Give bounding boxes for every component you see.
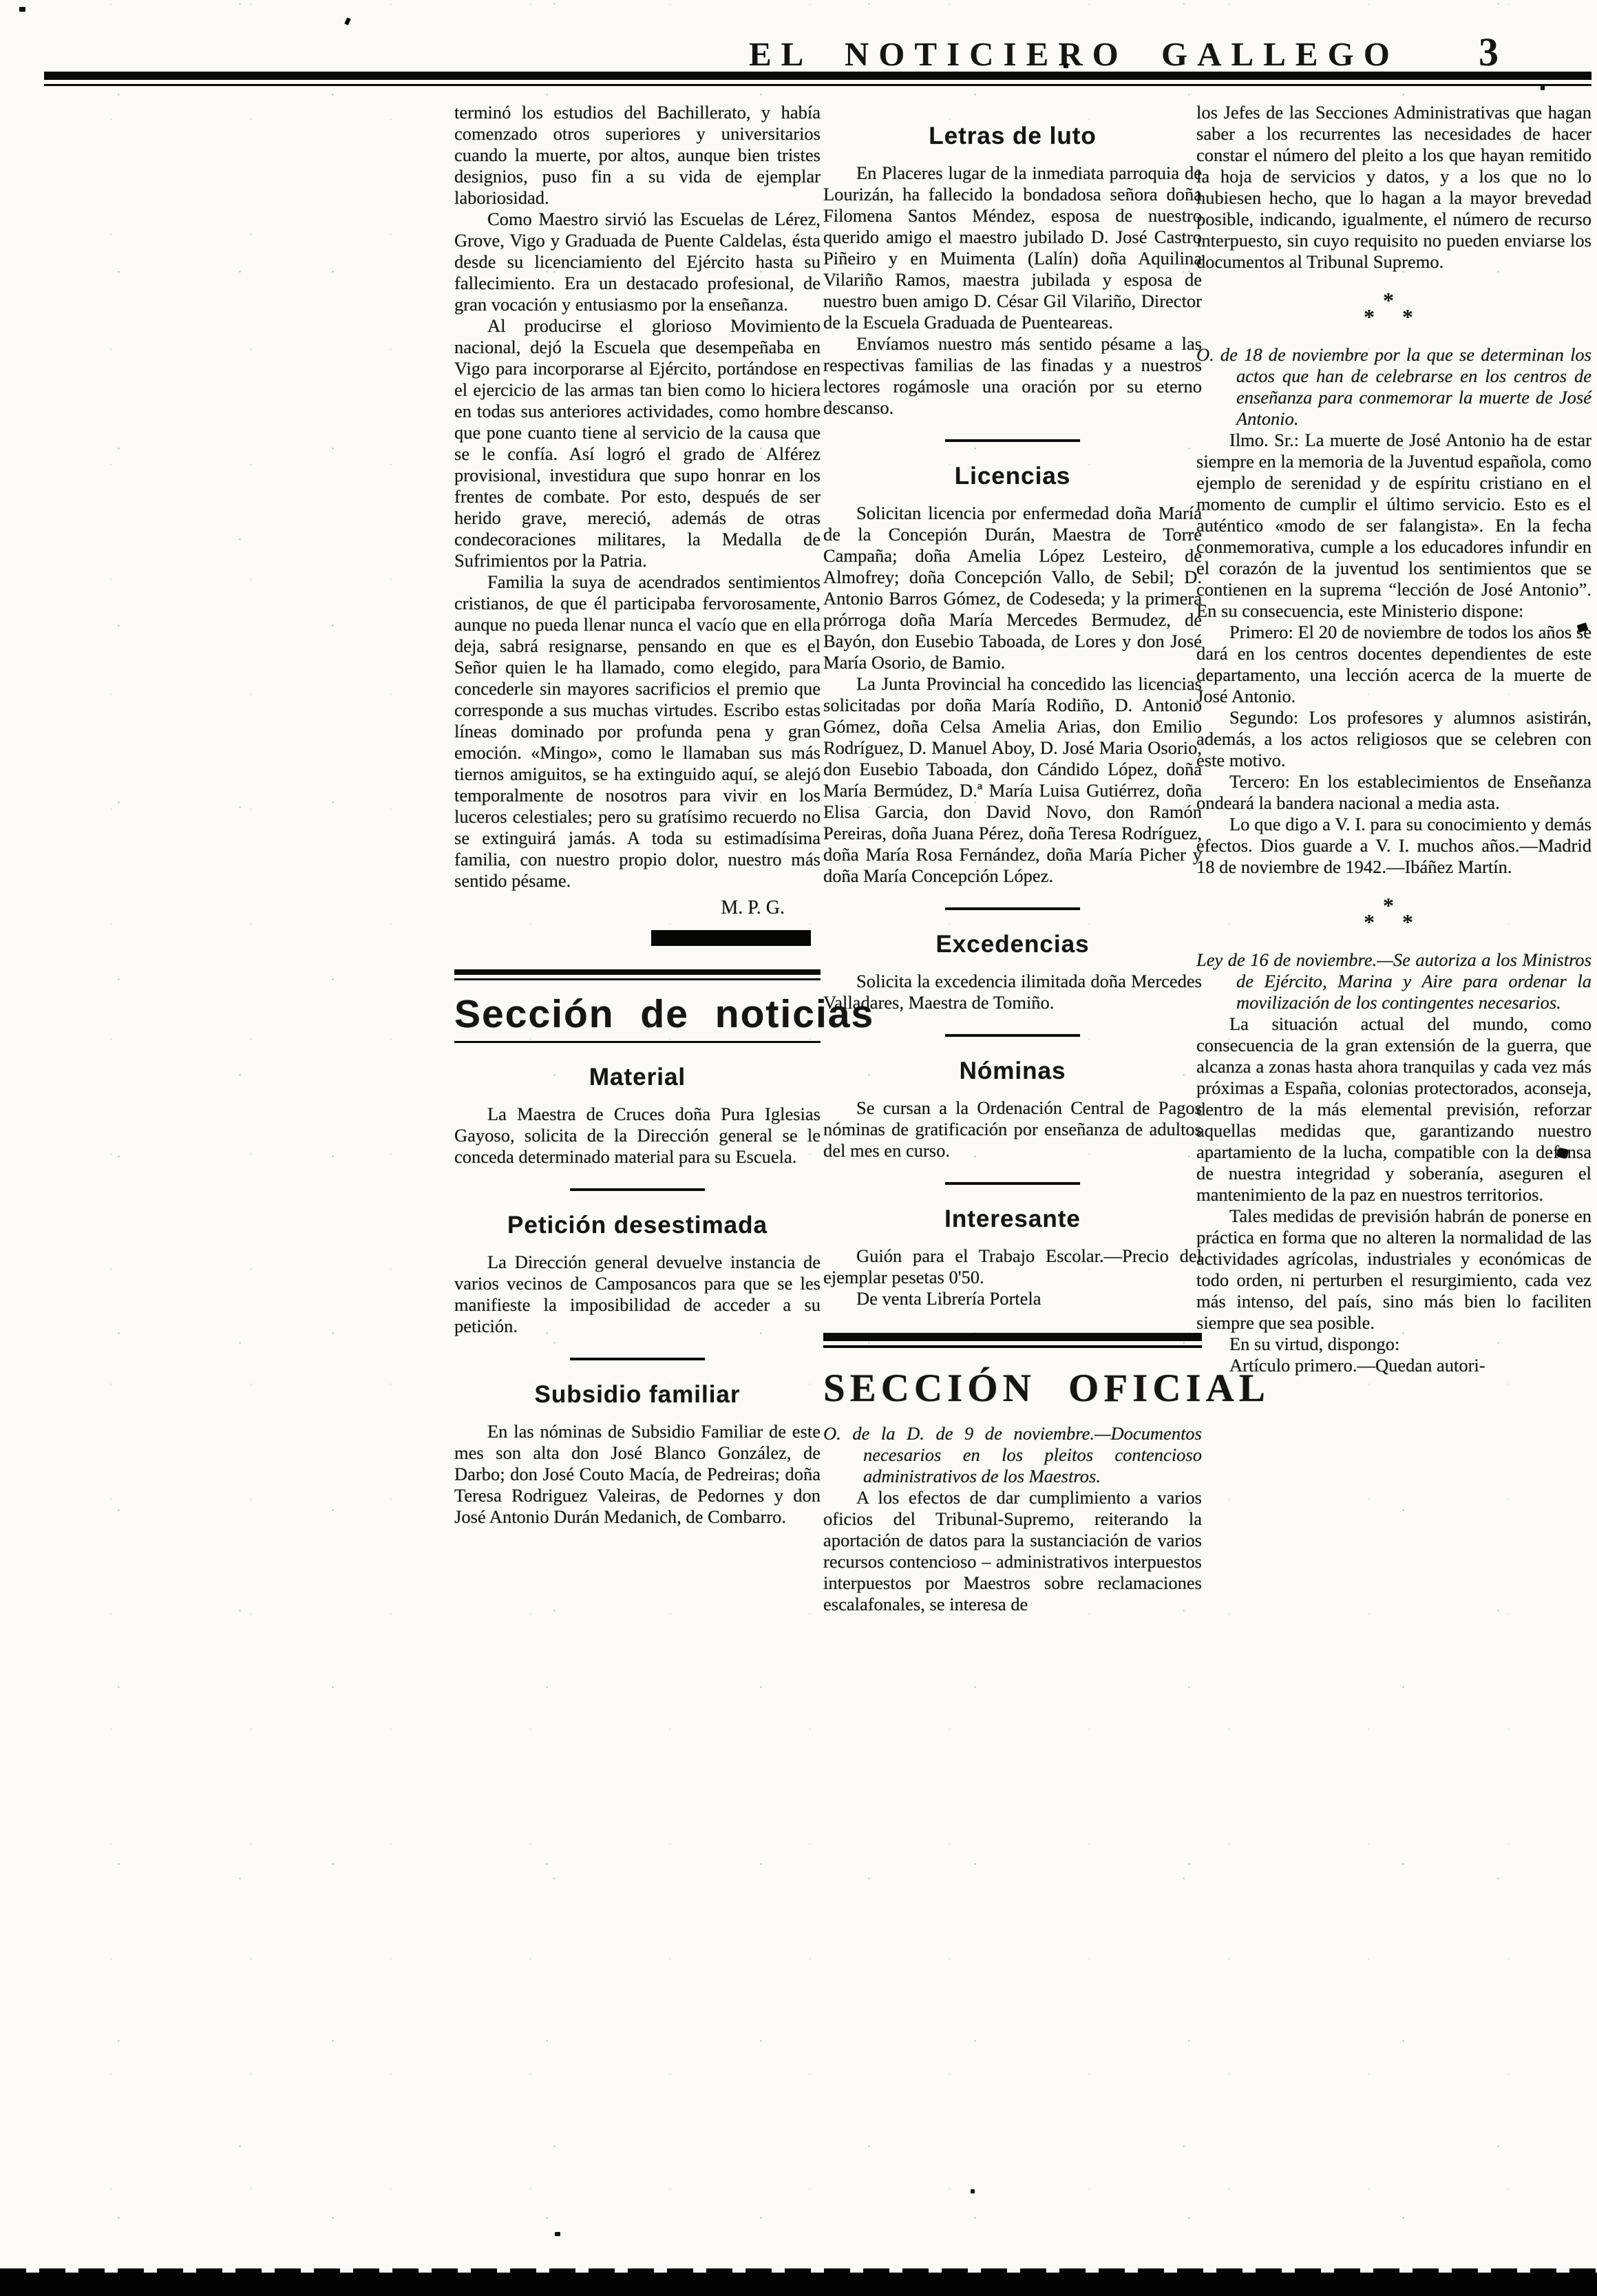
order-text: los Jefes de las Secciones Administrativ… [1196,102,1591,273]
news-item: Envíamos nuestro más sentido pésame a la… [823,333,1202,419]
ink-blot-bar [651,930,811,946]
law-text: En su virtud, dispongo: [1196,1334,1591,1355]
newspaper-page-scan: EL NOTICIERO GALLEGO 3 terminó los estud… [0,0,1597,2296]
obituary-signature: M. P. G. [454,897,785,919]
asterism-divider: * * * [1196,897,1591,930]
item-divider [945,439,1080,442]
law-text: Tales medidas de previsión habrán de pon… [1196,1205,1591,1334]
news-item: En Placeres lugar de la inmediata parroq… [823,162,1202,333]
masthead-rule [44,72,1591,86]
order-text: Lo que digo a V. I. para su conocimiento… [1196,814,1591,878]
item-divider [570,1358,705,1360]
masthead-title: EL NOTICIERO GALLEGO [749,34,1399,74]
subhead-interesante: Interesante [823,1205,1202,1233]
news-item: Guión para el Trabajo Escolar.—Precio de… [823,1245,1202,1288]
news-item: En las nóminas de Subsidio Familiar de e… [454,1421,821,1528]
obituary-paragraph: terminó los estudios del Bachillerato, y… [454,102,821,209]
ink-speck [971,2189,975,2193]
column-left: terminó los estudios del Bachillerato, y… [454,102,821,1528]
order-text: Ilmo. Sr.: La muerte de José Antonio ha … [1196,430,1591,622]
law-text: Artículo primero.—Quedan autori- [1196,1355,1591,1376]
subhead-material: Material [454,1064,821,1091]
section-rule [454,969,821,980]
subhead-excedencias: Excedencias [823,931,1202,958]
news-item: La Dirección general devuelve instancia … [454,1252,821,1337]
subhead-letras-de-luto: Letras de luto [823,123,1202,150]
official-section-title: SECCIÓN OFICIAL [823,1366,1202,1411]
item-divider [945,1034,1080,1037]
item-divider [945,907,1080,910]
asterism-divider: * * * [1196,292,1591,325]
column-center: Letras de lutoEn Placeres lugar de la in… [823,102,1202,1615]
news-section-title: Sección de noticias [454,991,821,1037]
law-text: La situación actual del mundo, como cons… [1196,1013,1591,1205]
news-item: Se cursan a la Ordenación Central de Pag… [823,1097,1202,1161]
obituary-paragraph: Al producirse el glorioso Movimiento nac… [454,315,821,571]
column-right: los Jefes de las Secciones Administrativ… [1196,102,1591,1376]
section-title-underline [454,1041,821,1043]
item-divider [570,1188,705,1191]
order-text: Tercero: En los establecimientos de Ense… [1196,771,1591,814]
order-text: Segundo: Los profesores y alumnos asisti… [1196,707,1591,771]
scan-bottom-black-bar [0,2273,1597,2296]
page-number: 3 [1479,29,1499,75]
news-item: Solicita la excedencia ilimitada doña Me… [823,971,1202,1013]
order-text: Primero: El 20 de noviembre de todos los… [1196,622,1591,707]
subhead-peticion-desestimada: Petición desestimada [454,1212,821,1239]
ink-speck [19,7,25,12]
news-item: La Maestra de Cruces doña Pura Iglesias … [454,1104,821,1168]
subhead-subsidio-familiar: Subsidio familiar [454,1381,821,1409]
law-heading: Ley de 16 de noviembre.—Se autoriza a lo… [1196,949,1591,1013]
order-heading: O. de 18 de noviembre por la que se dete… [1196,344,1591,430]
ink-speck [555,2232,560,2236]
news-item: Solicitan licencia por enfermedad doña M… [823,503,1202,673]
order-heading: O. de la D. de 9 de noviembre.—Documento… [823,1423,1202,1487]
obituary-paragraph: Familia la suya de acendrados sentimient… [454,571,821,892]
news-item: La Junta Provincial ha concedido las lic… [823,673,1202,887]
order-text: A los efectos de dar cumplimiento a vari… [823,1487,1202,1615]
official-section-rule [823,1333,1202,1348]
item-divider [945,1182,1080,1185]
subhead-nominas: Nóminas [823,1057,1202,1085]
ink-speck [344,17,351,25]
obituary-paragraph: Como Maestro sirvió las Escuelas de Lére… [454,209,821,315]
subhead-licencias: Licencias [823,463,1202,490]
news-item: De venta Librería Portela [823,1288,1202,1309]
